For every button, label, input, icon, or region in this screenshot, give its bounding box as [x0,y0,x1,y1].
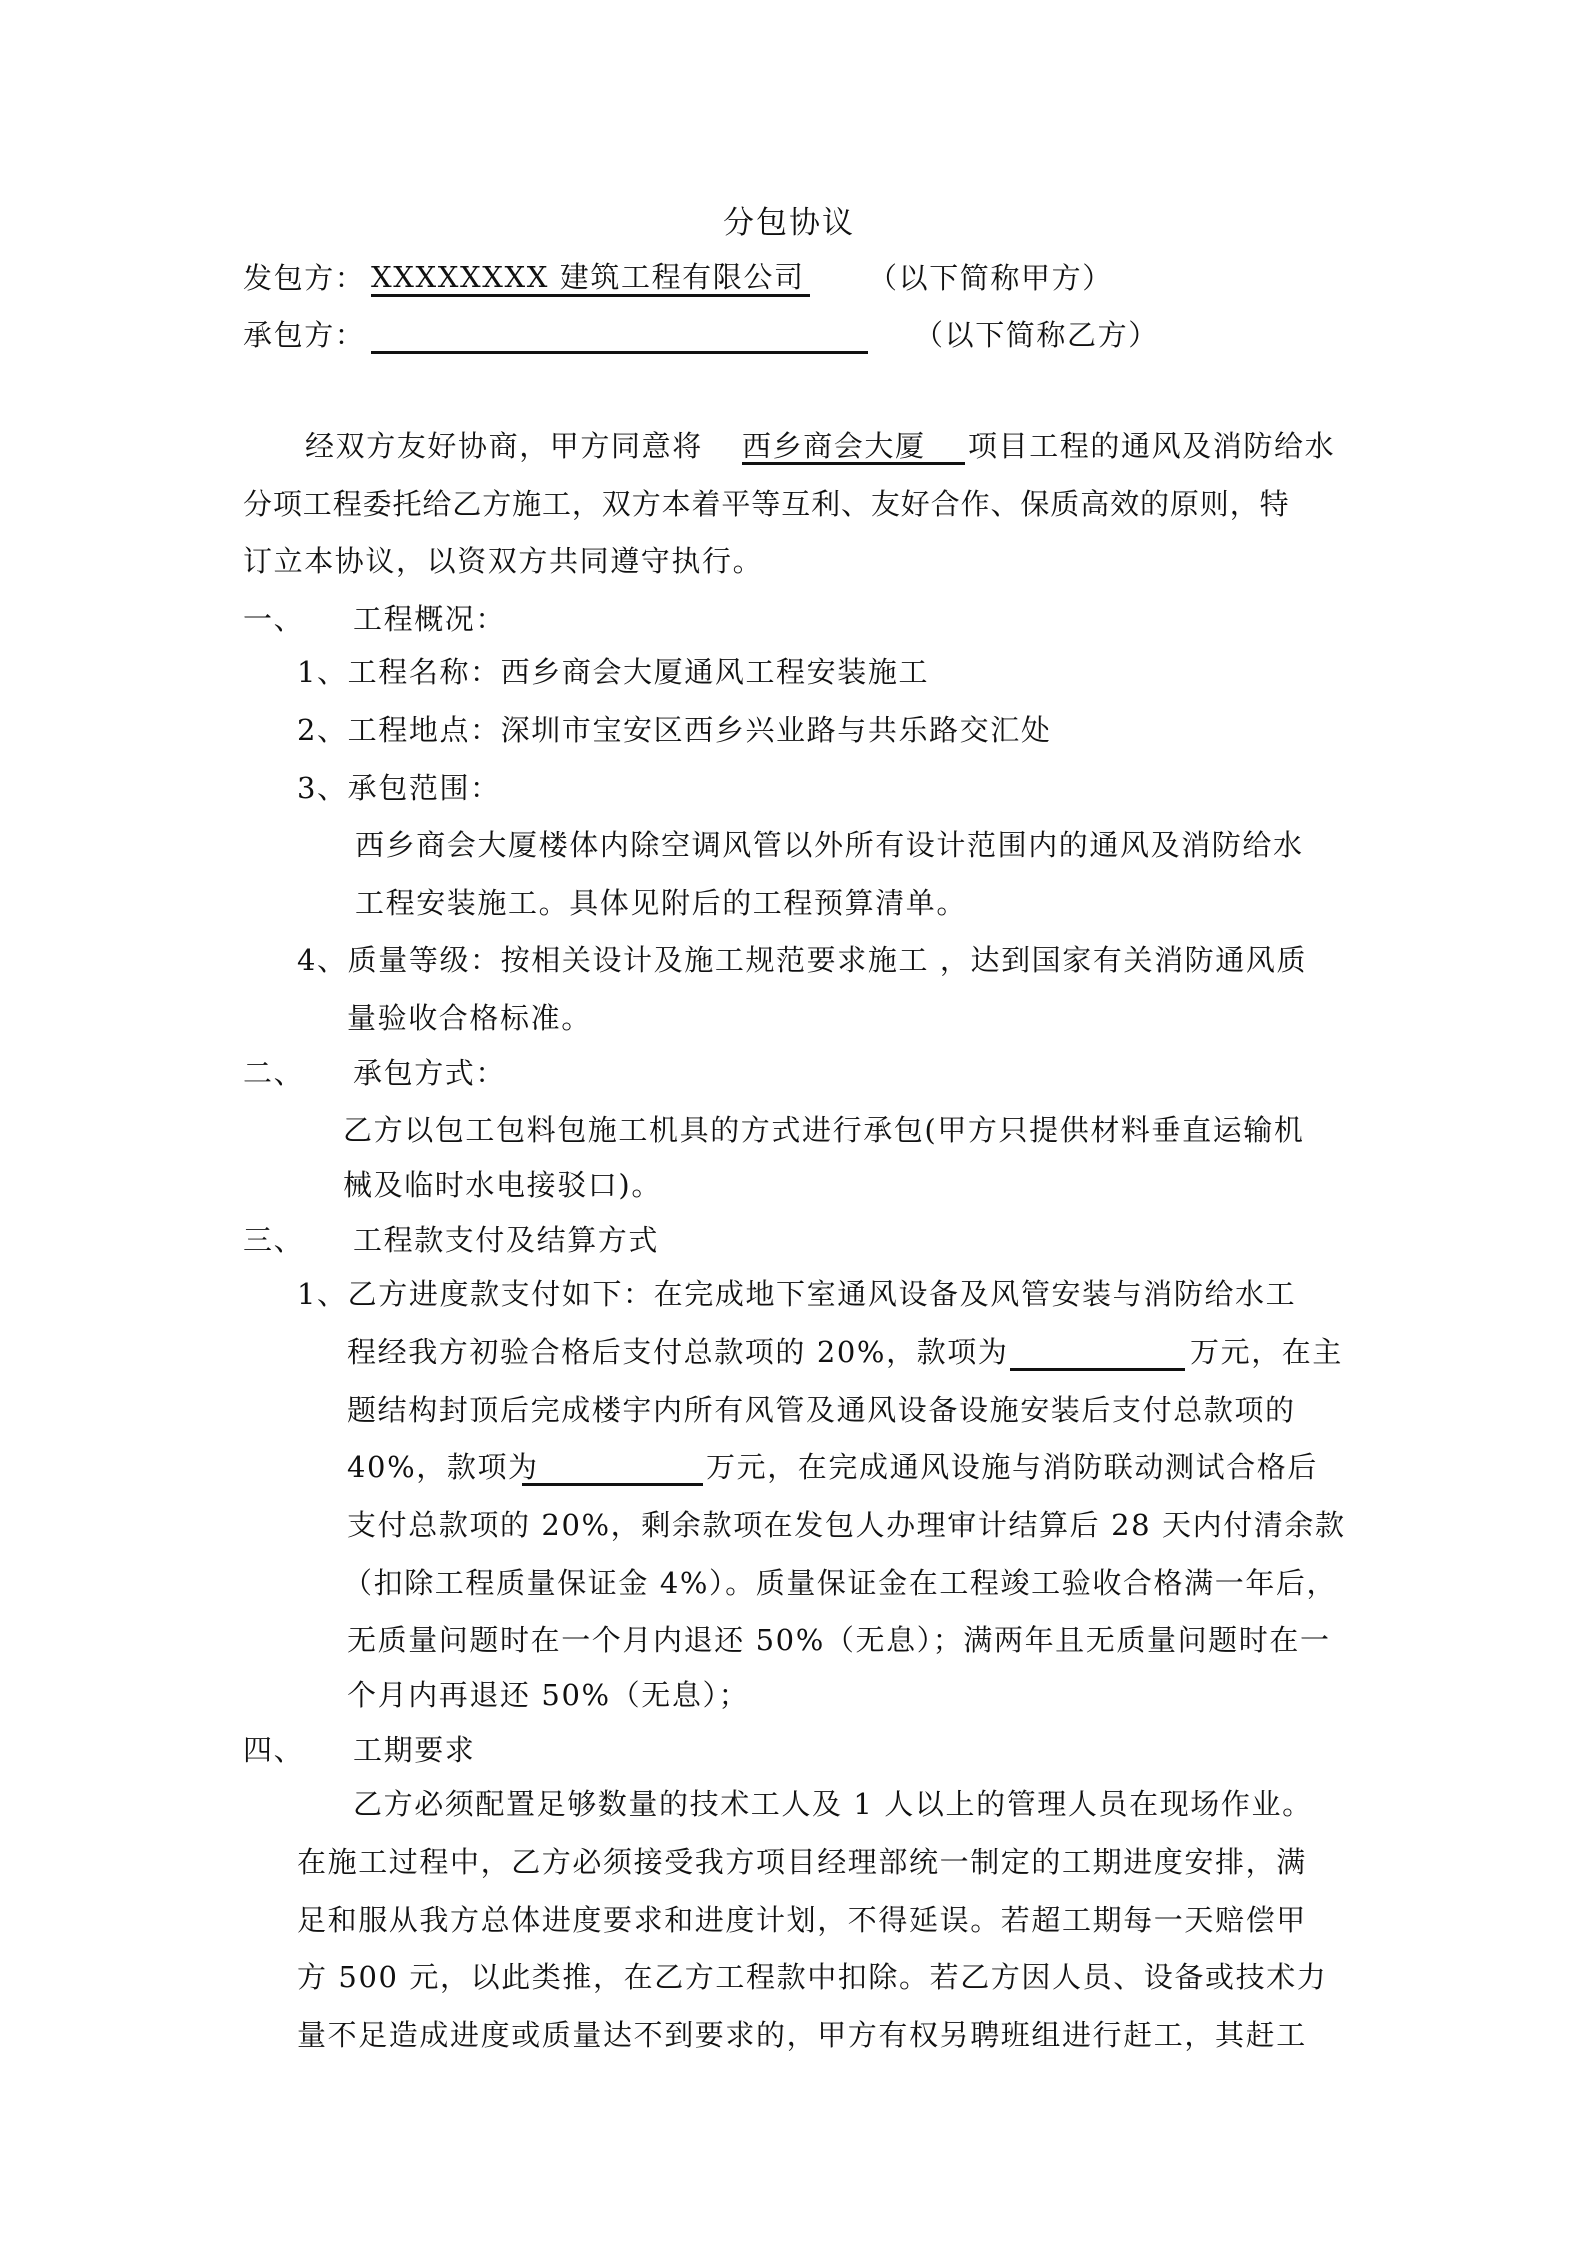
contractor-name: XXXXXXXX 建筑工程有限公司 [371,260,805,294]
section-1-item-1: 1、工程名称：西乡商会大厦通风工程安装施工 [297,652,929,692]
section-1-item-2: 2、工程地点：深圳市宝安区西乡兴业路与共乐路交汇处 [297,710,1051,750]
project-name-field: 西乡商会大厦 [742,426,965,465]
section-3-heading: 工程款支付及结算方式 [353,1220,659,1260]
section-4-line-1: 乙方必须配置足够数量的技术工人及 1 人以上的管理人员在现场作业。 [353,1784,1313,1824]
intro-line-1-pre: 经双方友好协商，甲方同意将 [305,426,703,466]
section-3-line-7: 无质量问题时在一个月内退还 50%（无息）；满两年且无质量问题时在一 [347,1620,1331,1660]
contractor-alias: （以下简称甲方） [868,258,1113,298]
section-4-heading: 工期要求 [353,1730,475,1770]
payment-amount-blank-2[interactable] [522,1447,703,1486]
section-3-number: 三、 [243,1220,304,1260]
section-1-item-4-line-2: 量验收合格标准。 [347,998,592,1038]
section-3-line-3: 题结构封顶后完成楼宇内所有风管及通风设备设施安装后支付总款项的 [347,1390,1296,1430]
subcontractor-name-field[interactable] [371,315,868,354]
section-3-line-4-post: 万元，在完成通风设施与消防联动测试合格后 [706,1447,1318,1487]
subcontractor-alias: （以下简称乙方） [914,315,1159,355]
section-3-line-2-post: 万元，在主 [1190,1332,1343,1372]
section-4-line-4: 方 500 元，以此类推，在乙方工程款中扣除。若乙方因人员、设备或技术力 [297,1957,1327,1997]
section-2-heading: 承包方式： [353,1053,506,1093]
document-title: 分包协议 [723,203,855,243]
section-1-heading: 工程概况： [353,599,506,639]
section-4-line-2: 在施工过程中，乙方必须接受我方项目经理部统一制定的工期进度安排，满 [297,1842,1307,1882]
intro-line-1-post: 项目工程的通风及消防给水 [968,426,1335,466]
section-3-line-2-pre: 程经我方初验合格后支付总款项的 20%，款项为 [347,1332,1008,1372]
section-4-number: 四、 [243,1730,304,1770]
project-name: 西乡商会大厦 [742,429,926,463]
section-1-item-4-line-1: 4、质量等级：按相关设计及施工规范要求施工 ，达到国家有关消防通风质 [297,940,1307,980]
payment-amount-blank-1[interactable] [1010,1332,1185,1371]
document-page: 分包协议 发包方： XXXXXXXX 建筑工程有限公司 （以下简称甲方） 承包方… [0,0,1586,2244]
section-1-item-3-line-2: 工程安装施工。具体见附后的工程预算清单。 [355,883,967,923]
section-3-line-8: 个月内再退还 50%（无息）； [347,1675,749,1715]
section-4-line-3: 足和服从我方总体进度要求和进度计划，不得延误。若超工期每一天赔偿甲 [297,1900,1307,1940]
section-4-line-5: 量不足造成进度或质量达不到要求的，甲方有权另聘班组进行赶工，其赶工 [297,2015,1307,2055]
section-1-item-3: 3、承包范围： [297,768,501,808]
section-1-number: 一、 [243,599,304,639]
contractor-name-field[interactable]: XXXXXXXX 建筑工程有限公司 [371,258,810,297]
section-2-line-1: 乙方以包工包料包施工机具的方式进行承包(甲方只提供材料垂直运输机 [343,1110,1305,1150]
section-3-line-4-pre: 40%，款项为 [347,1447,539,1487]
section-3-line-1: 1、乙方进度款支付如下：在完成地下室通风设备及风管安装与消防给水工 [297,1274,1296,1314]
intro-line-2: 分项工程委托给乙方施工，双方本着平等互利、友好合作、保质高效的原则，特 [243,484,1345,524]
section-2-number: 二、 [243,1053,304,1093]
section-3-line-6: （扣除工程质量保证金 4%）。质量保证金在工程竣工验收合格满一年后， [343,1563,1337,1603]
section-3-line-5: 支付总款项的 20%，剩余款项在发包人办理审计结算后 28 天内付清余款 [347,1505,1346,1545]
section-2-line-2: 械及临时水电接驳口)。 [343,1165,662,1205]
section-1-item-3-line-1: 西乡商会大厦楼体内除空调风管以外所有设计范围内的通风及消防给水 [355,825,1304,865]
subcontractor-label: 承包方： [243,315,365,355]
intro-line-3: 订立本协议，以资双方共同遵守执行。 [243,541,763,581]
contractor-label: 发包方： [243,258,365,298]
